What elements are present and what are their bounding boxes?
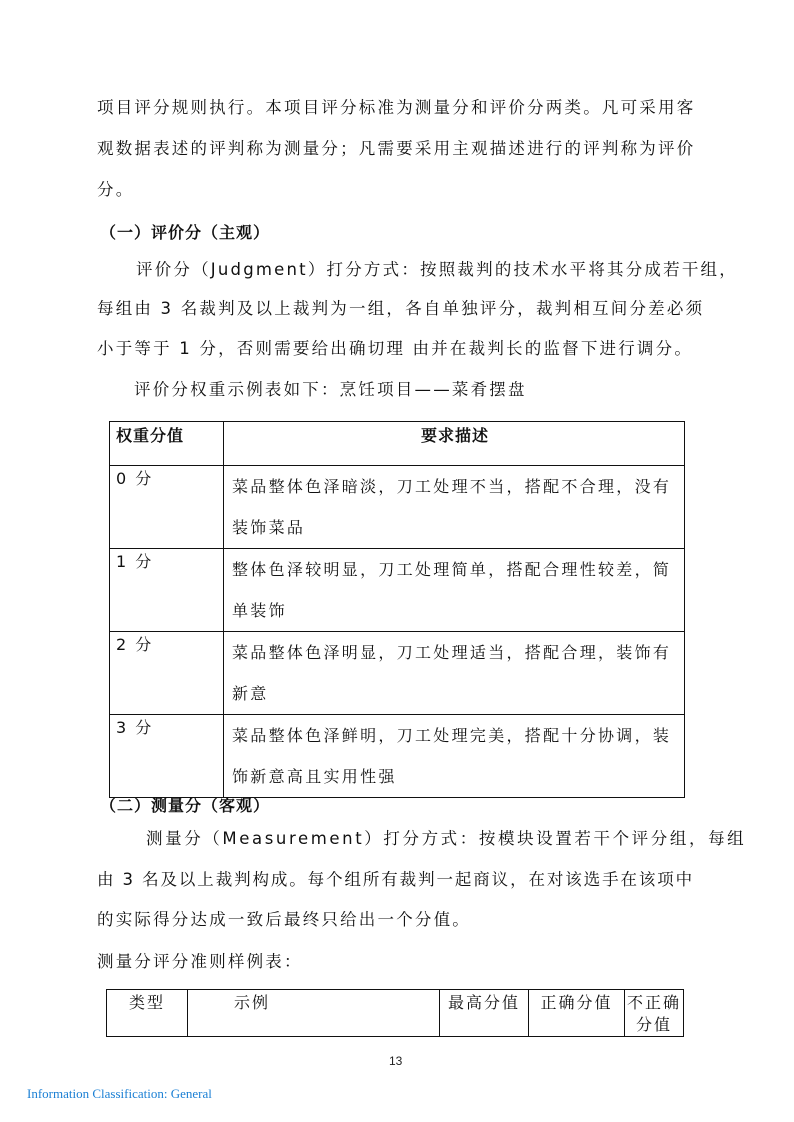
header-description: 要求描述 [224, 422, 685, 466]
table-header-row: 类型 示例 最高分值 正确分值 不正确分值 [107, 990, 684, 1037]
row-description: 菜品整体色泽鲜明，刀工处理完美，搭配十分协调，装饰新意高且实用性强 [224, 715, 685, 798]
table-header-row: 权重分值 要求描述 [110, 422, 685, 466]
header-incorrect-score: 不正确分值 [625, 990, 684, 1037]
row-score: 1 分 [110, 549, 224, 632]
header-correct-score: 正确分值 [529, 990, 625, 1037]
table-row: 0 分 菜品整体色泽暗淡，刀工处理不当，搭配不合理，没有装饰菜品 [110, 466, 685, 549]
table1-caption: 评价分权重示例表如下：烹饪项目——菜肴摆盘 [134, 380, 527, 400]
header-weight: 权重分值 [110, 422, 224, 466]
intro-line-3: 分。 [97, 180, 134, 200]
table-row: 3 分 菜品整体色泽鲜明，刀工处理完美，搭配十分协调，装饰新意高且实用性强 [110, 715, 685, 798]
intro-line-1: 项目评分规则执行。本项目评分标准为测量分和评价分两类。凡可采用客 [97, 98, 695, 118]
section2-line-1: 测量分（Measurement）打分方式：按模块设置若干个评分组，每组 [146, 829, 746, 849]
measurement-criteria-table: 类型 示例 最高分值 正确分值 不正确分值 [106, 989, 684, 1037]
header-max-score: 最高分值 [440, 990, 529, 1037]
row-description: 菜品整体色泽明显，刀工处理适当，搭配合理，装饰有新意 [224, 632, 685, 715]
section1-line-2: 每组由 3 名裁判及以上裁判为一组，各自单独评分，裁判相互间分差必须 [97, 299, 704, 319]
section2-line-3: 的实际得分达成一致后最终只给出一个分值。 [97, 910, 471, 930]
section1-line-1: 评价分（Judgment）打分方式：按照裁判的技术水平将其分成若干组， [136, 260, 738, 280]
table-row: 2 分 菜品整体色泽明显，刀工处理适当，搭配合理，装饰有新意 [110, 632, 685, 715]
header-example: 示例 [188, 990, 440, 1037]
classification-footer: Information Classification: General [27, 1086, 212, 1102]
intro-line-2: 观数据表述的评判称为测量分；凡需要采用主观描述进行的评判称为评价 [97, 139, 695, 159]
row-score: 2 分 [110, 632, 224, 715]
judgment-weight-table: 权重分值 要求描述 0 分 菜品整体色泽暗淡，刀工处理不当，搭配不合理，没有装饰… [109, 421, 685, 798]
row-description: 整体色泽较明显，刀工处理简单，搭配合理性较差，简单装饰 [224, 549, 685, 632]
row-score: 0 分 [110, 466, 224, 549]
section1-heading: （一）评价分（主观） [100, 220, 270, 243]
section2-heading: （二）测量分（客观） [100, 793, 270, 816]
section2-line-2: 由 3 名及以上裁判构成。每个组所有裁判一起商议，在对该选手在该项中 [97, 870, 694, 890]
table-row: 1 分 整体色泽较明显，刀工处理简单，搭配合理性较差，简单装饰 [110, 549, 685, 632]
section1-line-3: 小于等于 1 分，否则需要给出确切理 由并在裁判长的监督下进行调分。 [97, 339, 693, 359]
row-score: 3 分 [110, 715, 224, 798]
table2-caption: 测量分评分准则样例表： [97, 952, 303, 972]
page-number: 13 [389, 1054, 402, 1068]
row-description: 菜品整体色泽暗淡，刀工处理不当，搭配不合理，没有装饰菜品 [224, 466, 685, 549]
header-type: 类型 [107, 990, 188, 1037]
